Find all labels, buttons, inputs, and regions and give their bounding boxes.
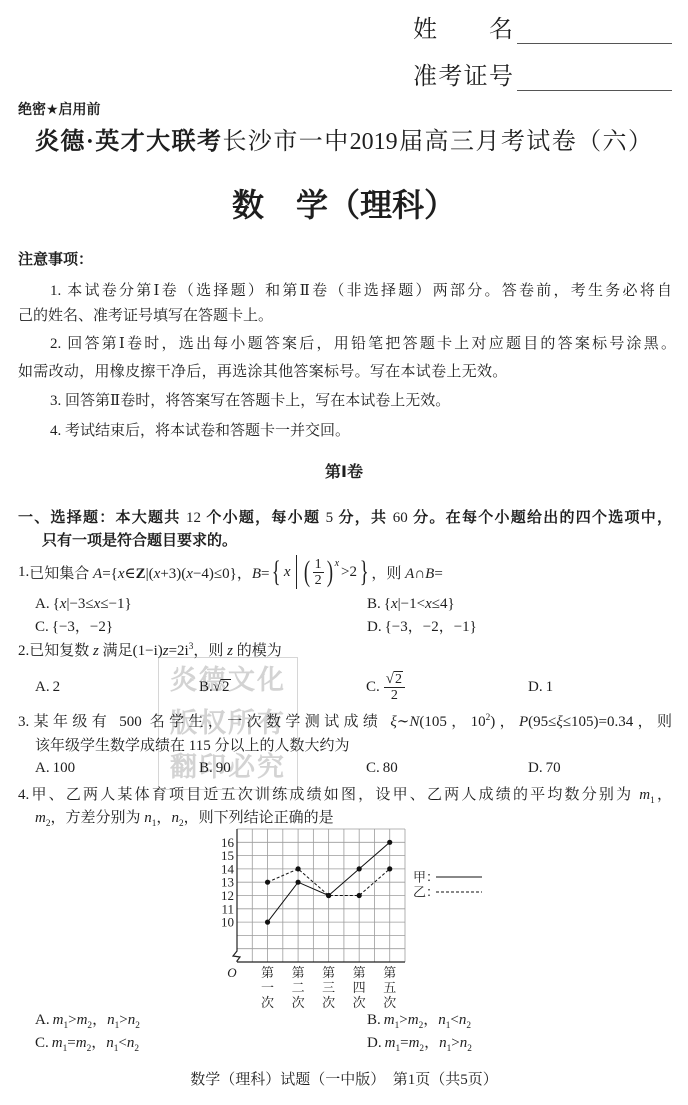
- text-run: 12: [186, 510, 201, 526]
- text-run: n: [439, 1035, 447, 1051]
- section-heading-line-2: 只有一项是符合题目要求的。: [42, 531, 237, 551]
- data-point: [387, 866, 392, 871]
- question-2-stem: 2.已知复数 z 满足(1−i)z=2i3，则 z 的模为: [18, 641, 282, 661]
- text-run: ，方差分别为: [51, 810, 145, 826]
- text-run: 分，共: [333, 509, 393, 526]
- paren-close: ): [326, 555, 332, 589]
- text-run: >: [68, 1012, 76, 1028]
- text-run: 个小题，每小题: [201, 509, 326, 526]
- text-run: m: [384, 1012, 395, 1028]
- text-run: ，则: [193, 643, 227, 659]
- notice-item-3: 3. 回答第Ⅱ卷时，将答案写在答题卡上，写在本试卷上无效。: [50, 391, 450, 411]
- text-run: 已知集合: [29, 566, 93, 582]
- option-text: m1>m2，n1<n2: [384, 1012, 471, 1028]
- option-d[interactable]: D. 1: [528, 667, 553, 707]
- name-input-line[interactable]: [517, 43, 672, 44]
- option-label: B.: [199, 760, 213, 776]
- option-value: 100: [53, 760, 76, 776]
- exam-id-input-line[interactable]: [517, 90, 672, 91]
- option-label: B.: [199, 679, 213, 696]
- option-value: 2: [53, 679, 61, 696]
- question-3-stem-line-2: 该年级学生数学成绩在 115 分以上的人数大约为: [35, 736, 349, 756]
- option-b[interactable]: B.90: [199, 758, 231, 778]
- option-b[interactable]: B. √ 2: [199, 667, 231, 707]
- option-a[interactable]: A. 2: [35, 667, 60, 707]
- option-label: D.: [528, 760, 543, 776]
- legend-label: 乙：: [413, 885, 439, 900]
- text-run: A: [93, 566, 102, 582]
- data-point: [326, 893, 331, 898]
- option-c[interactable]: C.80: [366, 758, 398, 778]
- option-d[interactable]: D.m1=m2，n1>n2: [367, 1033, 472, 1053]
- x-tick-label: 一: [261, 980, 274, 995]
- fraction-numerator: √2: [384, 672, 405, 688]
- text-run: ，: [92, 1012, 107, 1028]
- fraction-denominator: 2: [313, 573, 324, 588]
- option-label: A.: [35, 596, 50, 612]
- text-run: 的模为: [233, 643, 282, 659]
- data-point: [295, 866, 300, 871]
- text-run: x: [186, 566, 193, 582]
- text-run: Z: [136, 566, 146, 582]
- text-run: 2: [467, 1044, 472, 1054]
- text-run: >: [451, 1035, 459, 1051]
- notice-item-1-line-1: 1. 本试卷分第Ⅰ卷（选择题）和第Ⅱ卷（非选择题）两部分。答卷前，考生务必将自: [50, 281, 672, 301]
- set-variable: x: [284, 564, 291, 581]
- text-run: m: [409, 1035, 420, 1051]
- text-run: =: [67, 1035, 75, 1051]
- data-point: [295, 880, 300, 885]
- question-3-stem-line-1: 3.某年级有 500 名学生，一次数学测试成绩 ξ∼N(105，102)，P(9…: [18, 712, 672, 732]
- x-tick-label: 四: [353, 980, 366, 995]
- text-run: |(: [146, 566, 154, 582]
- x-tick-label: 次: [353, 995, 366, 1010]
- text-run: <: [450, 1012, 458, 1028]
- text-run: ，: [156, 810, 171, 826]
- text-run: 2: [134, 1044, 139, 1054]
- notice-item-1-line-2: 己的姓名、准考证号填写在答题卡上。: [18, 306, 273, 326]
- exam-title: 炎德·英才大联考长沙市一中2019届高三月考试卷（六）: [35, 128, 652, 156]
- text-run: |−1<: [398, 596, 425, 612]
- question-text: ，则 A∩B=: [371, 562, 442, 583]
- option-label: B.: [367, 596, 381, 612]
- text-run: n: [438, 1012, 446, 1028]
- option-label: A.: [35, 679, 50, 696]
- paren-open: (: [303, 555, 309, 589]
- option-label: C.: [366, 760, 380, 776]
- x-tick-label: 第: [261, 965, 274, 980]
- text-run: )，: [490, 714, 519, 730]
- text-run: 一、选择题：本大题共: [18, 509, 186, 526]
- text-run: |−3≤: [66, 596, 93, 612]
- text-run: >: [399, 1012, 407, 1028]
- x-tick-label: 第: [383, 965, 396, 980]
- notice-item-2-line-2: 如需改动，用橡皮擦干净后，再选涂其他答案标号。写在本试卷上无效。: [18, 362, 508, 382]
- text-run: (95≤: [528, 714, 556, 730]
- text-run: >: [119, 1012, 127, 1028]
- text-run: 2: [135, 1021, 140, 1031]
- option-value: 70: [546, 760, 561, 776]
- option-b[interactable]: B.m1>m2，n1<n2: [367, 1010, 471, 1030]
- text-run: x: [118, 566, 125, 582]
- notice-item-2-line-1: 2. 回答第Ⅰ卷时，选出每小题答案后，用铅笔把答题卡上对应题目的答案标号涂黑。: [50, 334, 676, 354]
- text-run: ∼: [397, 714, 410, 730]
- option-text: m1=m2，n1<n2: [52, 1035, 139, 1051]
- option-value: 90: [216, 760, 231, 776]
- text-run: x: [391, 596, 398, 612]
- x-tick-label: 第: [322, 965, 335, 980]
- option-text: {−3，−2}: [52, 619, 113, 635]
- text-run: 已知复数: [29, 643, 93, 659]
- y-tick-label: 13: [221, 875, 234, 890]
- fraction-root2-over-2: √2 2: [384, 672, 405, 703]
- fraction-one-half: 1 2: [313, 557, 324, 588]
- text-run: m: [35, 810, 46, 826]
- option-text: {−3，−2，−1}: [385, 619, 477, 635]
- y-tick-label: 14: [221, 861, 235, 876]
- notice-heading: 注意事项：: [18, 250, 93, 270]
- text-run: {: [384, 596, 391, 612]
- text-run: <: [118, 1035, 126, 1051]
- option-label: B.: [367, 1012, 381, 1028]
- text-run: ≤4}: [432, 596, 455, 612]
- notice-item-4: 4. 考试结束后，将本试卷和答题卡一并交回。: [50, 421, 350, 441]
- exam-id-label: 准考证号: [413, 64, 513, 90]
- text-run: ，: [423, 1012, 438, 1028]
- text-run: N: [409, 714, 419, 730]
- x-tick-label: 次: [292, 995, 305, 1010]
- text-run: m: [77, 1012, 88, 1028]
- text-run: m: [639, 787, 650, 803]
- y-tick-label: 15: [221, 848, 234, 863]
- text-run: n: [144, 810, 152, 826]
- text-run: n: [171, 810, 179, 826]
- text-run: P: [519, 714, 528, 730]
- exam-page: 炎德文化 版权所有 翻印必究 姓名 准考证号 绝密★启用前 炎德·英才大联考长沙…: [0, 0, 688, 1105]
- option-label: C.: [35, 1035, 49, 1051]
- text-run: x: [425, 596, 432, 612]
- data-point: [265, 880, 270, 885]
- exam-title-brand: 炎德·英才大联考: [35, 129, 222, 155]
- option-b[interactable]: B.{x|−1<x≤4}: [367, 594, 455, 614]
- set-brace-open: {: [272, 555, 281, 589]
- option-a[interactable]: A.100: [35, 758, 75, 778]
- x-tick-label: 次: [261, 995, 274, 1010]
- option-text: m1>m2，n1>n2: [53, 1012, 140, 1028]
- text-run: ，: [424, 1035, 439, 1051]
- exponent: x: [335, 558, 339, 569]
- text-run: ≤105)=0.34，则: [563, 714, 672, 730]
- y-tick-label: 10: [221, 915, 234, 930]
- x-tick-label: 三: [322, 980, 335, 995]
- text-run: {−3，−2，−1}: [385, 619, 477, 635]
- option-text: {x|−1<x≤4}: [384, 596, 455, 612]
- text-run: 2: [466, 1021, 471, 1031]
- set-brace-close: }: [360, 555, 369, 589]
- option-text: m1=m2，n1>n2: [385, 1035, 472, 1051]
- text-run: B: [425, 566, 434, 582]
- y-tick-label: 12: [221, 888, 234, 903]
- text-run: 5: [326, 510, 334, 526]
- text-run: 60: [393, 510, 408, 526]
- text-run: n: [106, 1035, 114, 1051]
- text-run: ∈: [125, 566, 136, 582]
- text-run: m: [52, 1035, 63, 1051]
- legend-label: 甲：: [413, 870, 439, 885]
- text-run: m: [385, 1035, 396, 1051]
- origin-label: O: [227, 965, 237, 980]
- radicand: 2: [394, 671, 403, 687]
- text-run: {: [53, 596, 60, 612]
- page-footer: 数学（理科）试题（一中版） 第1页（共5页）: [0, 1070, 688, 1090]
- text-run: ≤−1}: [100, 596, 131, 612]
- text-run: (105，10: [419, 714, 485, 730]
- text-run: ，: [655, 787, 672, 803]
- question-number: 4.: [18, 787, 29, 803]
- question-number: 3.: [18, 714, 29, 730]
- data-point: [357, 893, 362, 898]
- text-run: n: [107, 1012, 115, 1028]
- text-run: ={: [102, 566, 118, 582]
- text-run: 满足(1−i): [99, 643, 163, 659]
- option-text: {x|−3≤x≤−1}: [53, 596, 132, 612]
- name-label: 姓名: [413, 17, 513, 43]
- option-c[interactable]: C. √2 2: [366, 667, 406, 707]
- option-a[interactable]: A.m1>m2，n1>n2: [35, 1010, 140, 1030]
- radicand: 2: [221, 679, 231, 695]
- text-run: 分。在每个小题给出的四个选项中，: [408, 509, 672, 526]
- text-run: {−3，−2}: [52, 619, 113, 635]
- text-run: +3)(: [160, 566, 186, 582]
- option-d[interactable]: D.70: [528, 758, 561, 778]
- fraction-denominator: 2: [389, 688, 400, 703]
- question-4-stem-line-1: 4.甲、乙两人某体育项目近五次训练成绩如图，设甲、乙两人成绩的平均数分别为 m1…: [18, 785, 672, 805]
- inequality: >2: [341, 564, 357, 581]
- option-label: D.: [528, 679, 543, 696]
- text-run: ，则: [371, 566, 405, 582]
- text-run: =: [261, 566, 269, 582]
- text-run: ∩: [414, 566, 425, 582]
- subject-title: 数 学（理科）: [0, 186, 688, 224]
- text-run: =2i: [169, 643, 189, 659]
- training-score-line-chart: 10111213141516O第一次第二次第三次第四次第五次甲：乙：: [210, 815, 500, 1015]
- x-tick-label: 次: [322, 995, 335, 1010]
- text-run: 某年级有 500 名学生，一次数学测试成绩: [29, 714, 390, 730]
- x-tick-label: 第: [292, 965, 305, 980]
- question-text: 甲、乙两人某体育项目近五次训练成绩如图，设甲、乙两人成绩的平均数分别为 m1，: [29, 787, 672, 803]
- option-label: A.: [35, 760, 50, 776]
- question-number: 2.: [18, 643, 29, 659]
- option-value: 80: [383, 760, 398, 776]
- text-run: B: [252, 566, 261, 582]
- data-point: [357, 866, 362, 871]
- option-label: A.: [35, 1012, 50, 1028]
- option-label: D.: [367, 619, 382, 635]
- text-run: =: [434, 566, 442, 582]
- text-run: =: [400, 1035, 408, 1051]
- fraction-numerator: 1: [313, 557, 324, 573]
- text-run: ，: [91, 1035, 106, 1051]
- x-tick-label: 五: [383, 980, 396, 995]
- y-tick-label: 16: [221, 835, 235, 850]
- text-run: A: [405, 566, 414, 582]
- text-run: m: [408, 1012, 419, 1028]
- option-value: 1: [546, 679, 554, 696]
- x-tick-label: 第: [353, 965, 366, 980]
- part-title: 第Ⅰ卷: [0, 463, 688, 483]
- text-run: 甲、乙两人某体育项目近五次训练成绩如图，设甲、乙两人成绩的平均数分别为: [29, 787, 639, 803]
- option-label: C.: [366, 679, 380, 696]
- confidential-mark: 绝密★启用前: [18, 99, 101, 119]
- set-bar: [296, 555, 297, 589]
- text-run: m: [53, 1012, 64, 1028]
- sqrt-icon: √: [213, 679, 221, 696]
- question-1-stem: 1. 已知集合 A={x∈Z|(x+3)(x−4)≤0}，B= { x ( 1 …: [18, 552, 443, 592]
- text-run: −4)≤0}，: [193, 566, 252, 582]
- data-point: [265, 920, 270, 925]
- option-d[interactable]: D.{−3，−2，−1}: [367, 617, 477, 637]
- section-heading-line-1: 一、选择题：本大题共 12 个小题，每小题 5 分，共 60 分。在每个小题给出…: [18, 508, 672, 528]
- x-tick-label: 次: [383, 995, 396, 1010]
- question-number: 1.: [18, 564, 29, 581]
- option-c[interactable]: C.m1=m2，n1<n2: [35, 1033, 139, 1053]
- option-label: D.: [367, 1035, 382, 1051]
- question-text: 某年级有 500 名学生，一次数学测试成绩 ξ∼N(105，102)，P(95≤…: [29, 714, 672, 730]
- option-a[interactable]: A.{x|−3≤x≤−1}: [35, 594, 132, 614]
- x-tick-label: 二: [292, 980, 305, 995]
- exam-title-rest: 长沙市一中2019届高三月考试卷（六）: [222, 129, 652, 155]
- text-run: m: [76, 1035, 87, 1051]
- option-label: C.: [35, 619, 49, 635]
- question-text: 已知集合 A={x∈Z|(x+3)(x−4)≤0}，B=: [29, 562, 269, 583]
- data-point: [387, 840, 392, 845]
- option-c[interactable]: C.{−3，−2}: [35, 617, 113, 637]
- question-text: 已知复数 z 满足(1−i)z=2i3，则 z 的模为: [29, 643, 282, 659]
- sqrt-icon: √: [386, 671, 394, 687]
- y-tick-label: 11: [221, 901, 234, 916]
